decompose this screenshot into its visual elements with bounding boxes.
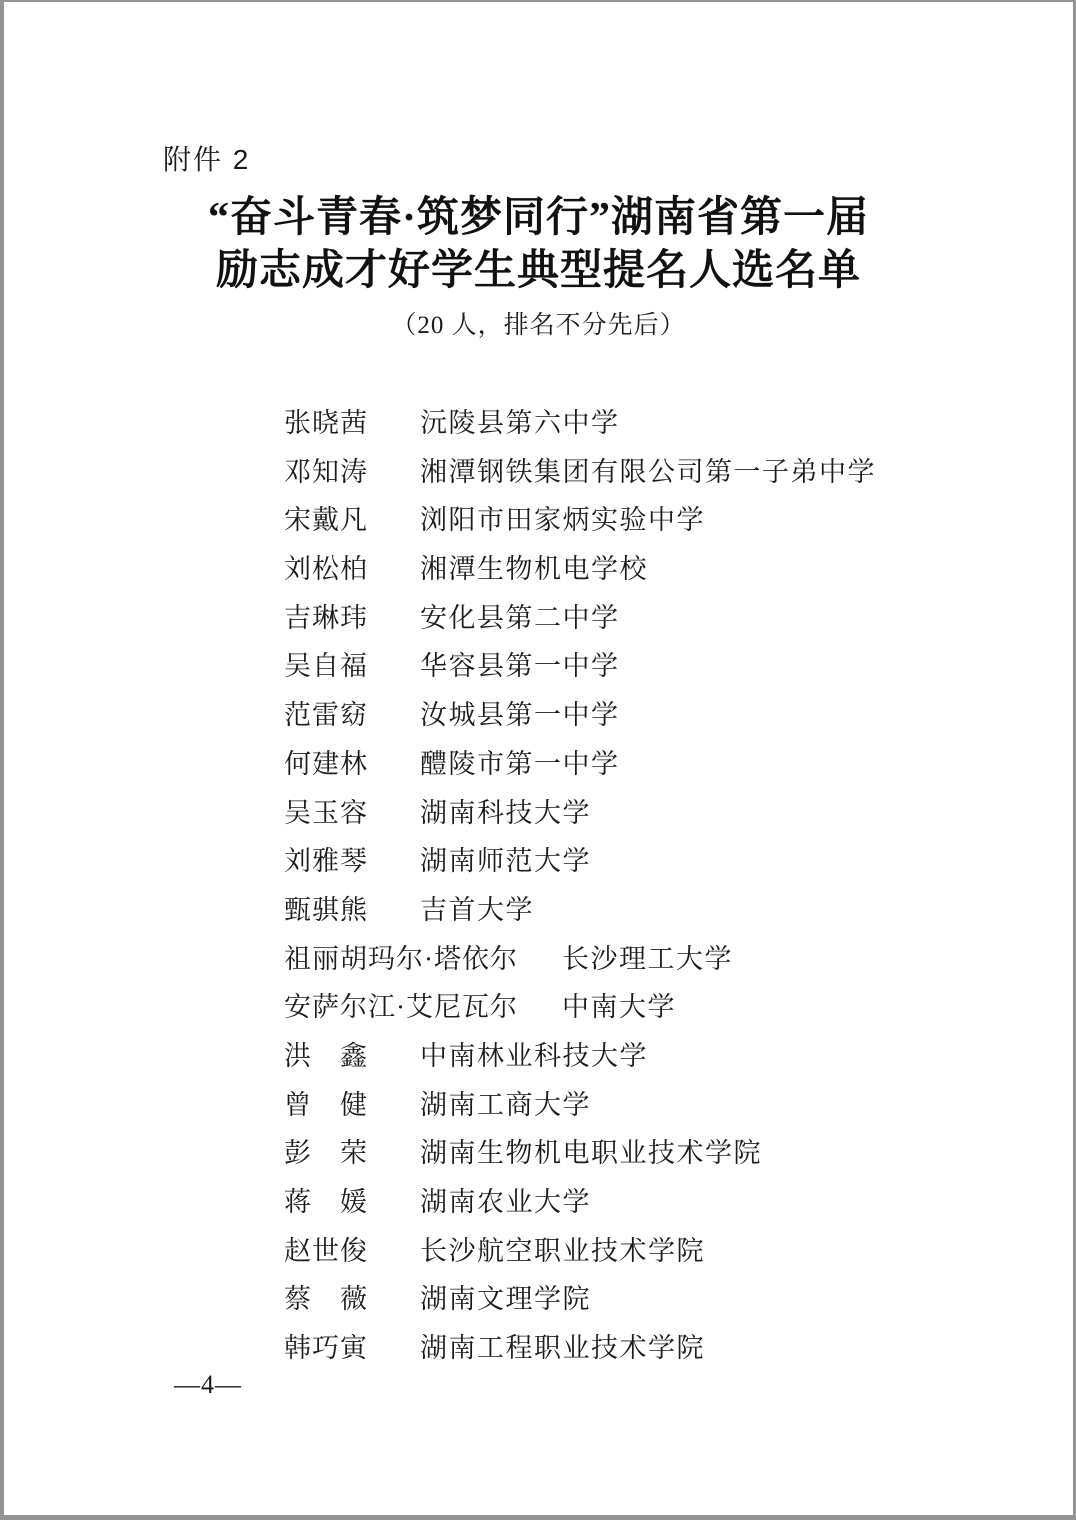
entry-school: 中南大学: [562, 983, 676, 1032]
entry-name: 吴自福: [284, 642, 420, 691]
entry-name: 彭 荣: [284, 1129, 420, 1178]
document-page: 附件 2 “奋斗青春·筑梦同行”湖南省第一届 励志成才好学生典型提名人选名单 （…: [4, 2, 1073, 1515]
list-item: 赵世俊 长沙航空职业技术学院: [284, 1227, 1013, 1276]
entry-school: 吉首大学: [420, 886, 534, 935]
entry-name: 祖丽胡玛尔·塔依尔: [284, 935, 518, 984]
list-item: 刘雅琴 湖南师范大学: [284, 837, 1013, 886]
entry-name: 甄骐熊: [284, 886, 420, 935]
entry-school: 沅陵县第六中学: [420, 399, 620, 448]
list-item: 吉琳玮 安化县第二中学: [284, 594, 1013, 643]
entry-name: 曾 健: [284, 1081, 420, 1130]
entry-school: 华容县第一中学: [420, 642, 620, 691]
list-item: 何建林 醴陵市第一中学: [284, 740, 1013, 789]
entry-school: 安化县第二中学: [420, 594, 620, 643]
entry-school: 湖南工商大学: [420, 1081, 591, 1130]
entry-name: 韩巧寅: [284, 1324, 420, 1373]
page-number: —4—: [174, 1370, 242, 1400]
entry-school: 湖南科技大学: [420, 789, 591, 838]
list-item: 吴玉容 湖南科技大学: [284, 789, 1013, 838]
entry-name: 何建林: [284, 740, 420, 789]
list-item: 刘松柏 湘潭生物机电学校: [284, 545, 1013, 594]
list-item: 祖丽胡玛尔·塔依尔 长沙理工大学: [284, 935, 1013, 984]
document-title-line2: 励志成才好学生典型提名人选名单: [4, 245, 1073, 298]
list-item: 蔡 薇 湖南文理学院: [284, 1275, 1013, 1324]
entry-school: 长沙航空职业技术学院: [420, 1227, 705, 1276]
entry-name: 宋戴凡: [284, 496, 420, 545]
list-item: 曾 健 湖南工商大学: [284, 1081, 1013, 1130]
entry-name: 赵世俊: [284, 1227, 420, 1276]
entry-name: 蔡 薇: [284, 1275, 420, 1324]
list-item: 洪 鑫 中南林业科技大学: [284, 1032, 1013, 1081]
list-item: 吴自福 华容县第一中学: [284, 642, 1013, 691]
list-item: 邓知涛 湘潭钢铁集团有限公司第一子弟中学: [284, 448, 1013, 497]
document-title: “奋斗青春·筑梦同行”湖南省第一届 励志成才好学生典型提名人选名单: [4, 192, 1073, 298]
document-title-line1: “奋斗青春·筑梦同行”湖南省第一届: [4, 192, 1073, 245]
list-item: 安萨尔江·艾尼瓦尔 中南大学: [284, 983, 1013, 1032]
entry-name: 蒋 媛: [284, 1178, 420, 1227]
entry-school: 醴陵市第一中学: [420, 740, 620, 789]
nominee-list: 张晓茜 沅陵县第六中学 邓知涛 湘潭钢铁集团有限公司第一子弟中学 宋戴凡 浏阳市…: [284, 399, 1013, 1373]
entry-school: 湘潭生物机电学校: [420, 545, 648, 594]
entry-school: 湖南农业大学: [420, 1178, 591, 1227]
entry-school: 长沙理工大学: [562, 935, 733, 984]
entry-school: 湘潭钢铁集团有限公司第一子弟中学: [420, 448, 876, 497]
entry-school: 汝城县第一中学: [420, 691, 620, 740]
list-item: 韩巧寅 湖南工程职业技术学院: [284, 1324, 1013, 1373]
entry-school: 湖南师范大学: [420, 837, 591, 886]
entry-school: 湖南生物机电职业技术学院: [420, 1129, 762, 1178]
entry-name: 张晓茜: [284, 399, 420, 448]
entry-school: 中南林业科技大学: [420, 1032, 648, 1081]
entry-name: 范雷窈: [284, 691, 420, 740]
entry-school: 湖南工程职业技术学院: [420, 1324, 705, 1373]
document-subtitle: （20 人，排名不分先后）: [4, 305, 1073, 341]
list-item: 宋戴凡 浏阳市田家炳实验中学: [284, 496, 1013, 545]
entry-name: 吴玉容: [284, 789, 420, 838]
list-item: 彭 荣 湖南生物机电职业技术学院: [284, 1129, 1013, 1178]
attachment-label: 附件 2: [163, 138, 250, 178]
list-item: 张晓茜 沅陵县第六中学: [284, 399, 1013, 448]
entry-name: 洪 鑫: [284, 1032, 420, 1081]
list-item: 范雷窈 汝城县第一中学: [284, 691, 1013, 740]
entry-name: 吉琳玮: [284, 594, 420, 643]
list-item: 甄骐熊 吉首大学: [284, 886, 1013, 935]
entry-name: 刘松柏: [284, 545, 420, 594]
list-item: 蒋 媛 湖南农业大学: [284, 1178, 1013, 1227]
entry-name: 邓知涛: [284, 448, 420, 497]
entry-school: 湖南文理学院: [420, 1275, 591, 1324]
entry-name: 安萨尔江·艾尼瓦尔: [284, 983, 518, 1032]
entry-name: 刘雅琴: [284, 837, 420, 886]
entry-school: 浏阳市田家炳实验中学: [420, 496, 705, 545]
